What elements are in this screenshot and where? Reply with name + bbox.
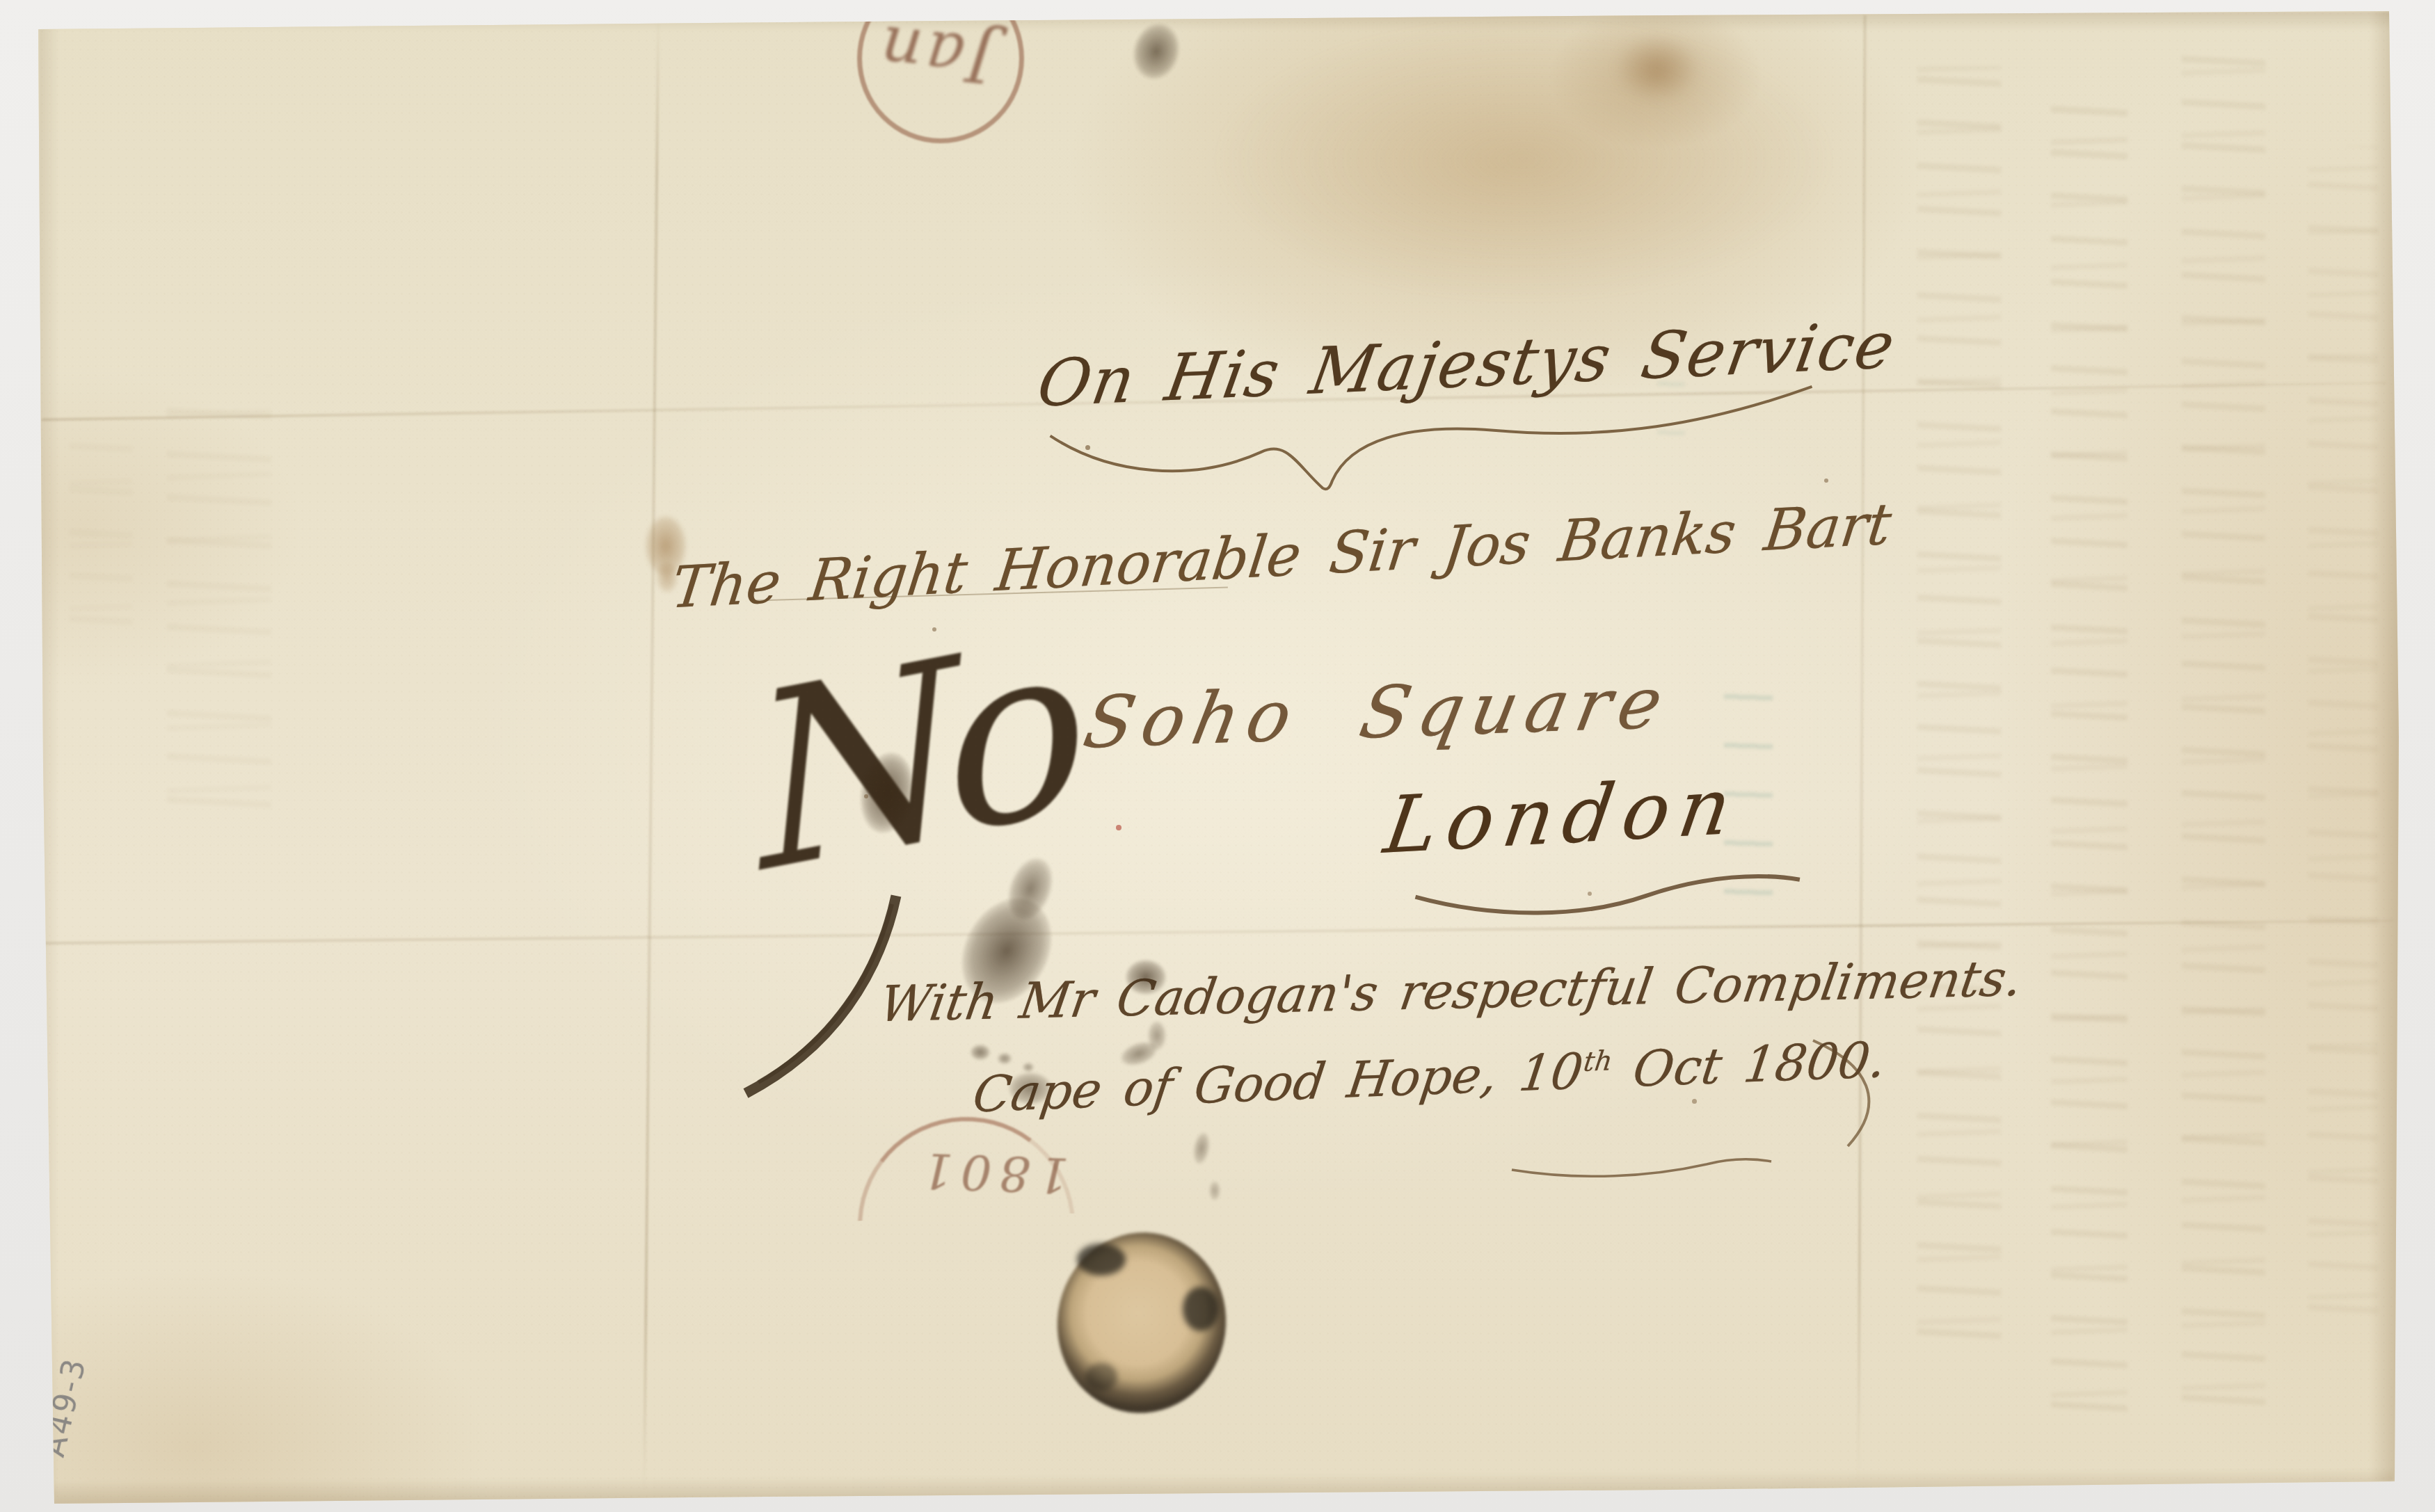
fold-line-vertical-right xyxy=(1857,15,1866,1484)
seal-blob xyxy=(1183,1287,1219,1331)
ink-fleck xyxy=(864,794,868,798)
stain-top-center xyxy=(1217,21,1830,299)
bleedthrough-column xyxy=(1917,66,2001,1353)
edge-shading-right xyxy=(2370,11,2400,1481)
street-line: Soho Square xyxy=(1078,661,1677,765)
postmark-bottom: 1801 xyxy=(848,1107,1083,1221)
ink-smudge xyxy=(998,1053,1012,1064)
seal-blob xyxy=(1085,1363,1117,1391)
stain-top-spot xyxy=(1615,35,1699,101)
bleedthrough-column xyxy=(2051,104,2127,1426)
ink-smudge xyxy=(1126,960,1166,995)
letter-paper: Jan On His Majestys Service The Right Ho… xyxy=(0,0,2435,1512)
origin-superscript: th xyxy=(1581,1045,1614,1078)
ink-smudge xyxy=(1009,1072,1052,1104)
seal-blob xyxy=(1077,1244,1126,1276)
ink-fleck xyxy=(932,627,936,632)
postmark-bottom-label: 1801 xyxy=(913,1141,1070,1204)
city-flourish xyxy=(1411,857,1810,933)
red-fleck xyxy=(1116,825,1121,830)
city-line: London xyxy=(1379,761,1747,872)
ink-smudge xyxy=(1209,1181,1220,1200)
compliments-line: With Mr Cadogan's respectful Compliments… xyxy=(876,949,2026,1034)
edge-shading-left xyxy=(38,28,59,1495)
edge-shading-top xyxy=(38,11,2397,31)
bleedthrough-column xyxy=(2308,146,2378,1328)
bleedthrough-column xyxy=(167,376,271,821)
photo-stage: Jan On His Majestys Service The Right Ho… xyxy=(0,0,2435,1512)
date-flourish xyxy=(1508,1146,1780,1188)
ink-fleck xyxy=(1588,892,1592,896)
ink-smudge xyxy=(1191,1131,1212,1165)
postmark-top: Jan xyxy=(857,0,1024,143)
bleedthrough-column xyxy=(70,431,132,640)
ink-smudge xyxy=(971,1045,990,1060)
bleedthrough-column xyxy=(2182,56,2265,1419)
origin-post: Oct 1800. xyxy=(1607,1031,1890,1100)
fold-line-vertical-left xyxy=(643,24,660,1491)
fold-line-horizontal-lower xyxy=(42,919,2393,944)
ink-fleck xyxy=(1692,1099,1697,1104)
edge-shading-bottom xyxy=(42,1468,2393,1506)
pencil-reference: A49-3 xyxy=(36,1354,93,1461)
ink-fleck xyxy=(1085,445,1090,450)
ink-smudge xyxy=(1128,19,1185,84)
ink-fleck xyxy=(1824,478,1828,483)
ink-smudge xyxy=(1023,1063,1034,1072)
addressee-line: The Right Honorable Sir Jos Banks Bart xyxy=(668,491,1894,622)
postmark-top-label: Jan xyxy=(873,10,998,97)
ink-smudge xyxy=(1148,1021,1166,1050)
origin-line: Cape of Good Hope, 10th Oct 1800. xyxy=(970,1031,1890,1124)
